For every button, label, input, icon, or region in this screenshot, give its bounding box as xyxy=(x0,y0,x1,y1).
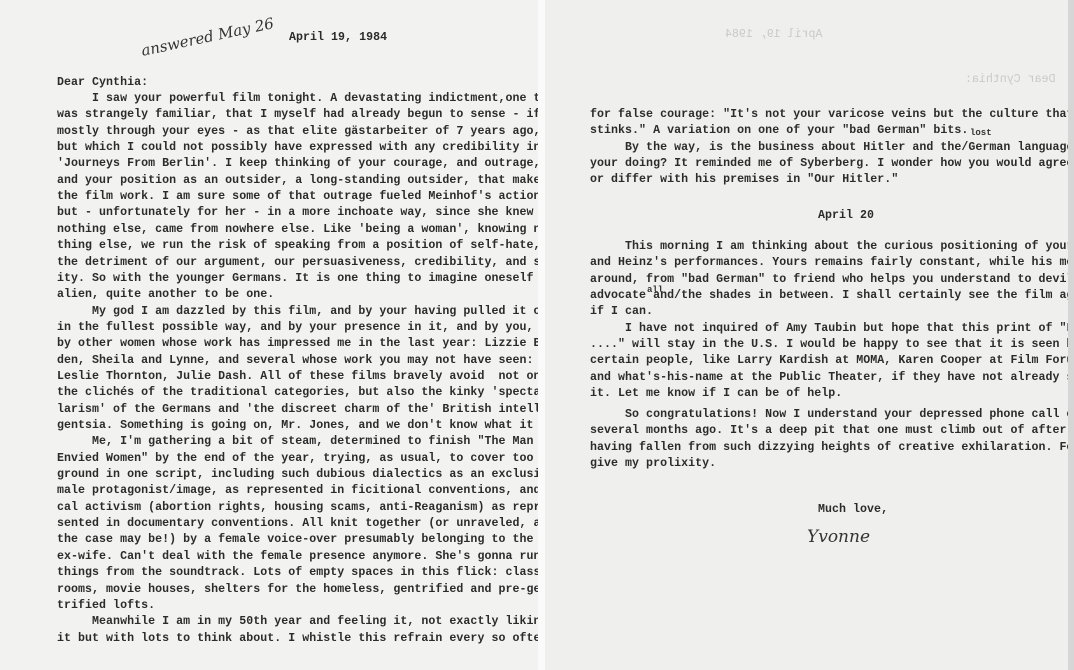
text-line: Me, I'm gathering a bit of steam, determ… xyxy=(57,435,538,449)
text-line: nothing else, came from nowhere else. Li… xyxy=(57,223,538,237)
text-line: Leslie Thornton, Julie Dash. All of thes… xyxy=(57,370,538,384)
text-line: trified lofts. xyxy=(57,599,155,613)
text-line: certain people, like Larry Kardish at MO… xyxy=(590,354,1070,368)
salutation: Dear Cynthia: xyxy=(57,76,148,90)
text-line: the clichés of the traditional categorie… xyxy=(57,386,538,400)
text-line: I saw your powerful film tonight. A deva… xyxy=(57,92,538,106)
text-line: having fallen from such dizzying heights… xyxy=(590,441,1070,455)
text-line: it. Let me know if I can be of help. xyxy=(590,387,842,401)
text-line: Meanwhile I am in my 50th year and feeli… xyxy=(57,615,538,629)
letter-page-1: answered May 26 April 19, 1984 Dear Cynt… xyxy=(0,0,538,670)
date-april-20: April 20 xyxy=(818,209,874,223)
text-line: male protagonist/image, as represented i… xyxy=(57,484,538,498)
handwritten-annotation: answered May 26 xyxy=(140,14,276,60)
text-line: your doing? It reminded me of Syberberg.… xyxy=(590,157,1070,171)
text-line: mostly through your eyes - as that elite… xyxy=(57,125,538,139)
text-line: ity. So with the younger Germans. It is … xyxy=(57,272,538,286)
letter-date: April 19, 1984 xyxy=(289,31,387,45)
text-line: if I can. xyxy=(590,305,653,319)
text-line: several months ago. It's a deep pit that… xyxy=(590,424,1067,438)
text-line: the film work. I am sure some of that ou… xyxy=(57,190,538,204)
text-line: ...." will stay in the U.S. I would be h… xyxy=(590,338,1070,352)
text-line: and Heinz's performances. Yours remains … xyxy=(590,256,1070,270)
text-line: ex-wife. Can't deal with the female pres… xyxy=(57,550,538,564)
text-line: the case may be!) by a female voice-over… xyxy=(57,533,538,547)
text-line: for false courage: "It's not your varico… xyxy=(590,108,1070,122)
text-line: it but with lots to think about. I whist… xyxy=(57,632,538,646)
text-line: Envied Women" by the end of the year, tr… xyxy=(57,452,538,466)
text-line: My god I am dazzled by this film, and by… xyxy=(57,305,538,319)
text-line: things from the soundtrack. Lots of empt… xyxy=(57,566,538,580)
text-line: gentsia. Something is going on, Mr. Jone… xyxy=(57,419,538,433)
text-line: give my prolixity. xyxy=(590,457,716,471)
bleed-through-salutation: Dear Cynthia: xyxy=(965,73,1055,87)
text-line: or differ with his premises in "Our Hitl… xyxy=(590,173,898,187)
insert-all: all xyxy=(647,285,663,295)
text-line: and what's-his-name at the Public Theate… xyxy=(590,371,1070,385)
text-line: in the fullest possible way, and by your… xyxy=(57,321,538,335)
text-line: den, Sheila and Lynne, and several whose… xyxy=(57,354,534,368)
text-line: rooms, movie houses, shelters for the ho… xyxy=(57,583,538,597)
text-line: the detriment of our argument, our persu… xyxy=(57,256,538,270)
letter-page-2: April 19, 1984 Dear Cynthia: for false c… xyxy=(545,0,1070,670)
text-line: was strangely familiar, that I myself ha… xyxy=(57,108,538,122)
text-line: but which I could not possibly have expr… xyxy=(57,141,538,155)
closing: Much love, xyxy=(818,503,888,517)
text-line: cal activism (abortion rights, housing s… xyxy=(57,501,538,515)
text-line: larism' of the Germans and 'the discreet… xyxy=(57,403,538,417)
text-line: ground in one script, including such dub… xyxy=(57,468,538,482)
page-edge xyxy=(1068,0,1074,670)
text-line: by other women whose work has impressed … xyxy=(57,337,538,351)
page-gutter xyxy=(538,0,545,670)
text-line: By the way, is the business about Hitler… xyxy=(590,141,1070,155)
bleed-through-date: April 19, 1984 xyxy=(725,28,822,42)
text-line: and your position as an outsider, a long… xyxy=(57,174,538,188)
text-line: stinks." A variation on one of your "bad… xyxy=(590,124,968,138)
signature: Yvonne xyxy=(807,527,870,547)
text-line: sented in documentary conventions. All k… xyxy=(57,517,538,531)
text-line: This morning I am thinking about the cur… xyxy=(590,240,1070,254)
text-line: thing else, we run the risk of speaking … xyxy=(57,239,538,253)
text-line: alien, quite another to be one. xyxy=(57,288,274,302)
text-line: I have not inquired of Amy Taubin but ho… xyxy=(590,322,1070,336)
insert-lost: lost xyxy=(970,128,992,138)
text-line: So congratulations! Now I understand you… xyxy=(590,408,1070,422)
text-line: 'Journeys From Berlin'. I keep thinking … xyxy=(57,157,538,171)
text-line: but - unfortunately for her - in a more … xyxy=(57,206,534,220)
